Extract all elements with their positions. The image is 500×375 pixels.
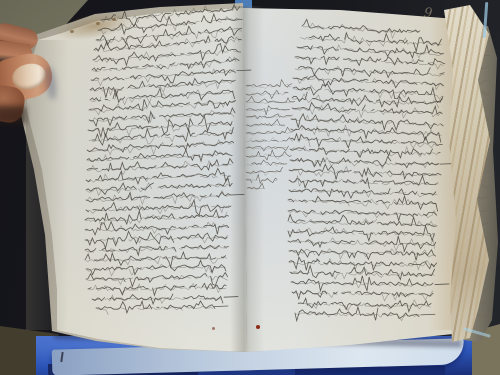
- red-ink-dot-faint: [212, 327, 215, 330]
- manuscript-photo: 9: [0, 0, 500, 375]
- hand-shadow-fade: [0, 106, 26, 124]
- red-ink-dot: [256, 325, 260, 329]
- page-number: 9: [423, 6, 433, 22]
- handwriting-layer: [0, 0, 500, 375]
